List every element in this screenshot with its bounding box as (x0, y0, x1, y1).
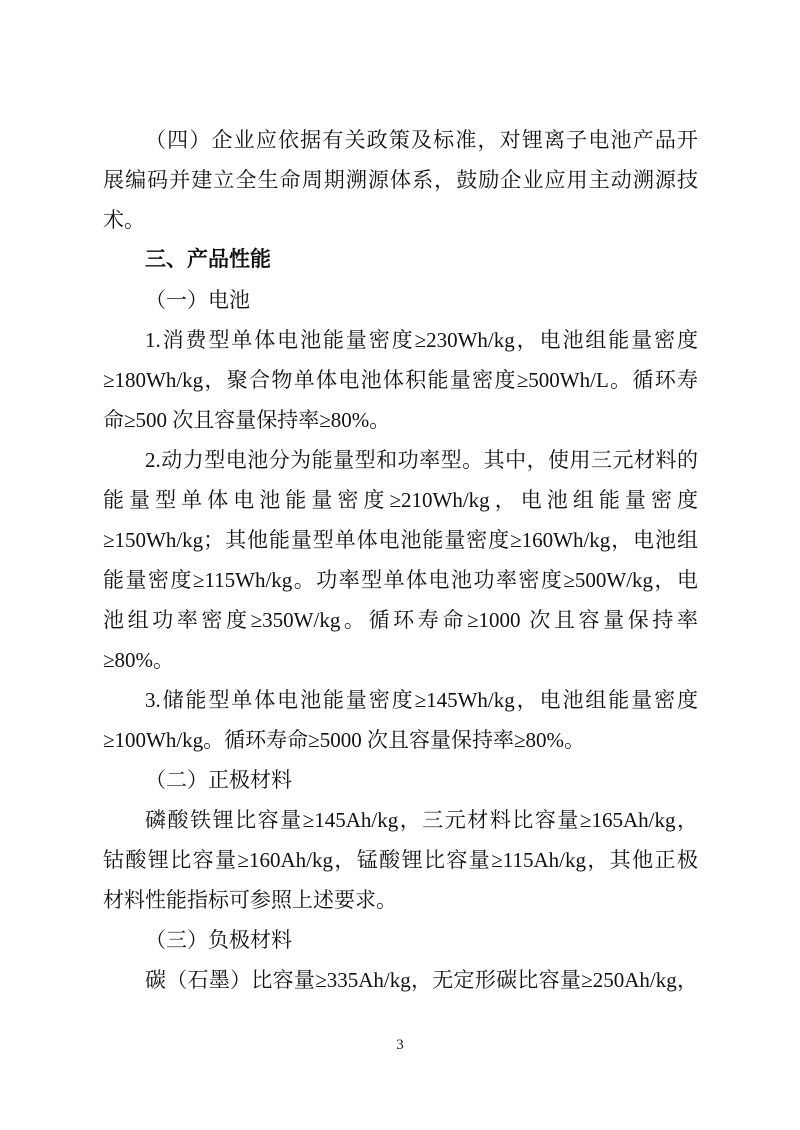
document-page: （四）企业应依据有关政策及标准，对锂离子电池产品开展编码并建立全生命周期溯源体系… (0, 0, 800, 1130)
text-line: （三）负极材料 (103, 920, 698, 960)
text-line: 材料性能指标可参照上述要求。 (103, 880, 698, 920)
page-number: 3 (396, 1037, 404, 1053)
text-line: ≥80%。 (103, 640, 698, 680)
text-line: 碳（石墨）比容量≥335Ah/kg，无定形碳比容量≥250Ah/kg， (103, 960, 698, 1000)
text-line: 3.储能型单体电池能量密度≥145Wh/kg，电池组能量密度 (103, 680, 698, 720)
text-line: （四）企业应依据有关政策及标准，对锂离子电池产品开 (103, 120, 698, 160)
text-line: 钴酸锂比容量≥160Ah/kg，锰酸锂比容量≥115Ah/kg，其他正极 (103, 840, 698, 880)
text-line: （一）电池 (103, 280, 698, 320)
text-line: 1.消费型单体电池能量密度≥230Wh/kg，电池组能量密度 (103, 320, 698, 360)
section-heading: 三、产品性能 (103, 240, 698, 280)
page-footer: 3 (0, 1036, 800, 1054)
text-line: 能量型单体电池能量密度≥210Wh/kg，电池组能量密度 (103, 480, 698, 520)
text-line: ≥150Wh/kg；其他能量型单体电池能量密度≥160Wh/kg，电池组 (103, 520, 698, 560)
text-line: 池组功率密度≥350W/kg。循环寿命≥1000 次且容量保持率 (103, 600, 698, 640)
text-line: ≥180Wh/kg，聚合物单体电池体积能量密度≥500Wh/L。循环寿 (103, 360, 698, 400)
text-line: （二）正极材料 (103, 760, 698, 800)
text-line: ≥100Wh/kg。循环寿命≥5000 次且容量保持率≥80%。 (103, 720, 698, 760)
text-line: 磷酸铁锂比容量≥145Ah/kg，三元材料比容量≥165Ah/kg， (103, 800, 698, 840)
text-line: 展编码并建立全生命周期溯源体系，鼓励企业应用主动溯源技 (103, 160, 698, 200)
document-body: （四）企业应依据有关政策及标准，对锂离子电池产品开展编码并建立全生命周期溯源体系… (103, 120, 698, 1000)
text-line: 术。 (103, 200, 698, 240)
text-line: 命≥500 次且容量保持率≥80%。 (103, 400, 698, 440)
text-line: 能量密度≥115Wh/kg。功率型单体电池功率密度≥500W/kg，电 (103, 560, 698, 600)
text-line: 2.动力型电池分为能量型和功率型。其中，使用三元材料的 (103, 440, 698, 480)
